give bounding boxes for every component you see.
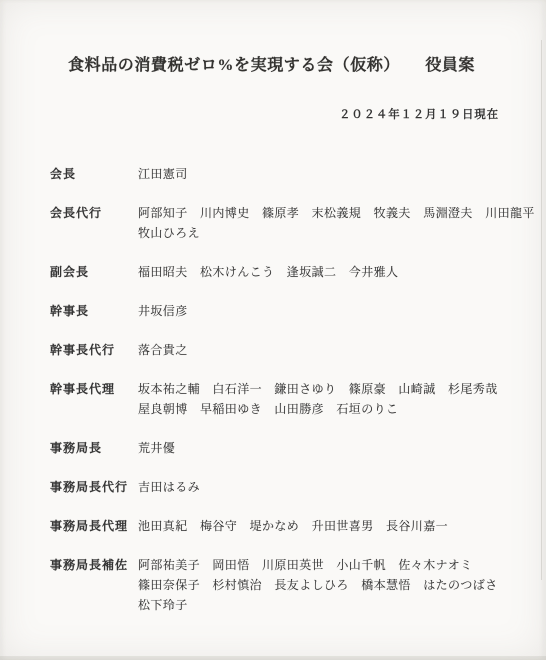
- role-label: 幹事長: [50, 301, 138, 321]
- scan-edge-line: [541, 40, 542, 580]
- document-date: ２０２４年１２月１９日現在: [339, 106, 499, 122]
- roster-row: 会長江田憲司: [50, 164, 528, 184]
- scan-bottom-edge: [0, 656, 546, 660]
- member-name-line: 阿部知子 川内博史 篠原孝 末松義規 牧義夫 馬淵澄夫 川田龍平: [138, 203, 535, 223]
- member-name-line: 坂本祐之輔 白石洋一 鎌田さゆり 篠原豪 山崎誠 杉尾秀哉: [138, 379, 528, 399]
- officer-roster: 会長江田憲司会長代行阿部知子 川内博史 篠原孝 末松義規 牧義夫 馬淵澄夫 川田…: [50, 164, 528, 634]
- member-names: 阿部知子 川内博史 篠原孝 末松義規 牧義夫 馬淵澄夫 川田龍平牧山ひろえ: [138, 203, 535, 243]
- member-name-line: 篠田奈保子 杉村慎治 長友よしひろ 橋本慧悟 はたのつばさ: [138, 575, 528, 595]
- role-label: 幹事長代行: [50, 340, 138, 360]
- member-name-line: 荒井優: [138, 438, 528, 458]
- roster-row: 事務局長荒井優: [50, 438, 528, 458]
- member-name-line: 井坂信彦: [138, 301, 528, 321]
- roster-row: 幹事長井坂信彦: [50, 301, 528, 321]
- member-name-line: 池田真紀 梅谷守 堤かなめ 升田世喜男 長谷川嘉一: [138, 516, 528, 536]
- roster-row: 幹事長代行落合貴之: [50, 340, 528, 360]
- member-names: 坂本祐之輔 白石洋一 鎌田さゆり 篠原豪 山崎誠 杉尾秀哉屋良朝博 早稲田ゆき …: [138, 379, 528, 419]
- member-name-line: 松下玲子: [138, 595, 528, 615]
- roster-row: 事務局長代理池田真紀 梅谷守 堤かなめ 升田世喜男 長谷川嘉一: [50, 516, 528, 536]
- member-names: 江田憲司: [138, 164, 528, 184]
- role-label: 副会長: [50, 262, 138, 282]
- roster-row: 事務局長代行吉田はるみ: [50, 477, 528, 497]
- member-name-line: 屋良朝博 早稲田ゆき 山田勝彦 石垣のりこ: [138, 399, 528, 419]
- member-name-line: 福田昭夫 松木けんこう 逢坂誠二 今井雅人: [138, 262, 528, 282]
- role-label: 事務局長代理: [50, 516, 138, 536]
- roster-row: 副会長福田昭夫 松木けんこう 逢坂誠二 今井雅人: [50, 262, 528, 282]
- role-label: 事務局長補佐: [50, 555, 138, 575]
- member-name-line: 阿部祐美子 岡田悟 川原田英世 小山千帆 佐々木ナオミ: [138, 555, 528, 575]
- member-names: 落合貴之: [138, 340, 528, 360]
- member-names: 井坂信彦: [138, 301, 528, 321]
- roster-row: 事務局長補佐阿部祐美子 岡田悟 川原田英世 小山千帆 佐々木ナオミ篠田奈保子 杉…: [50, 555, 528, 615]
- member-name-line: 牧山ひろえ: [138, 223, 535, 243]
- role-label: 会長代行: [50, 203, 138, 223]
- member-name-line: 落合貴之: [138, 340, 528, 360]
- document-title: 食料品の消費税ゼロ%を実現する会（仮称） 役員案: [68, 52, 475, 75]
- member-names: 池田真紀 梅谷守 堤かなめ 升田世喜男 長谷川嘉一: [138, 516, 528, 536]
- member-names: 阿部祐美子 岡田悟 川原田英世 小山千帆 佐々木ナオミ篠田奈保子 杉村慎治 長友…: [138, 555, 528, 615]
- role-label: 事務局長代行: [50, 477, 138, 497]
- role-label: 会長: [50, 164, 138, 184]
- member-names: 福田昭夫 松木けんこう 逢坂誠二 今井雅人: [138, 262, 528, 282]
- roster-row: 会長代行阿部知子 川内博史 篠原孝 末松義規 牧義夫 馬淵澄夫 川田龍平牧山ひろ…: [50, 203, 528, 243]
- role-label: 幹事長代理: [50, 379, 138, 399]
- member-names: 吉田はるみ: [138, 477, 528, 497]
- role-label: 事務局長: [50, 438, 138, 458]
- scanned-document-page: 食料品の消費税ゼロ%を実現する会（仮称） 役員案 ２０２４年１２月１９日現在 会…: [0, 0, 546, 660]
- member-name-line: 江田憲司: [138, 164, 528, 184]
- member-names: 荒井優: [138, 438, 528, 458]
- roster-row: 幹事長代理坂本祐之輔 白石洋一 鎌田さゆり 篠原豪 山崎誠 杉尾秀哉屋良朝博 早…: [50, 379, 528, 419]
- member-name-line: 吉田はるみ: [138, 477, 528, 497]
